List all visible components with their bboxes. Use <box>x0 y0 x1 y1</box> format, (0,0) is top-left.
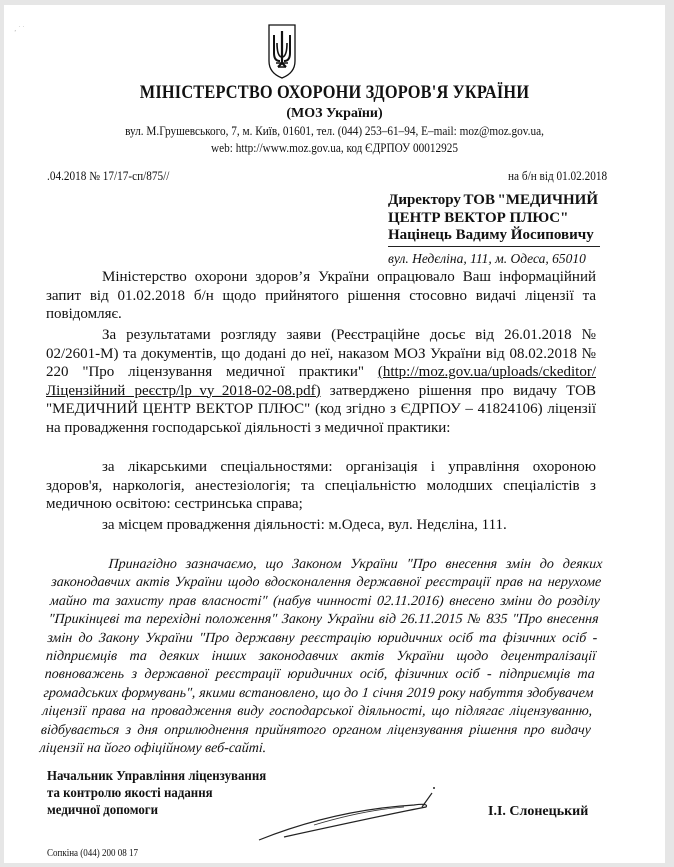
tryzub-coat-of-arms-icon <box>267 23 297 80</box>
signatory-title: Начальник Управління ліцензування та кон… <box>47 768 266 819</box>
ministry-name: МІНІСТЕРСТВО ОХОРОНИ ЗДОРОВ'Я УКРАЇНИ <box>50 82 618 104</box>
signatory-title-line: медичної допомоги <box>47 802 266 819</box>
scan-artifact: ‚ ˙ ˙ <box>14 25 25 33</box>
recipient-line1: Директору ТОВ "МЕДИЧНИЙ <box>388 192 598 210</box>
recipient-word: Директору <box>388 192 461 210</box>
paragraph-text: Міністерство охорони здоров’я України оп… <box>46 268 596 324</box>
ministry-web-and-code: web: http://www.moz.gov.ua, код ЄДРПОУ 0… <box>37 141 632 156</box>
letter-page: ‚ ˙ ˙ МІНІСТЕРСТВО ОХОРОНИ ЗДОРОВ'Я УКРА… <box>4 5 665 863</box>
paragraph-text: за місцем провадження діяльності: м.Одес… <box>46 516 596 535</box>
ministry-abbreviation: (МОЗ України) <box>4 106 665 122</box>
recipient-name: Націнець Вадиму Йосиповичу <box>388 227 600 247</box>
recipient-word: ТОВ <box>463 192 494 210</box>
recipient-block: Директору ТОВ "МЕДИЧНИЙ ЦЕНТР ВЕКТОР ПЛЮ… <box>388 192 598 267</box>
body-paragraph-5: Принагідно зазначаємо, що Законом Україн… <box>39 556 603 758</box>
ministry-address: вул. М.Грушевського, 7, м. Київ, 01601, … <box>37 124 632 139</box>
recipient-address: вул. Недєліна, 111, м. Одеса, 65010 <box>388 250 598 268</box>
body-paragraph-3: за лікарськими спеціальностями: організа… <box>46 458 596 514</box>
executor-contact: Сопкіна (044) 200 08 17 <box>47 848 138 859</box>
handwritten-signature-icon <box>254 785 454 845</box>
signatory-title-line: Начальник Управління ліцензування <box>47 768 266 785</box>
incoming-reference: на б/н від 01.02.2018 <box>508 169 607 184</box>
body-paragraph-1: Міністерство охорони здоров’я України оп… <box>46 268 596 324</box>
signatory-title-line: та контролю якості надання <box>47 785 266 802</box>
outgoing-reference: .04.2018 № 17/17-сп/875// <box>47 169 169 184</box>
recipient-line2: ЦЕНТР ВЕКТОР ПЛЮС" <box>388 210 598 228</box>
recipient-word: "МЕДИЧНИЙ <box>498 192 599 210</box>
body-paragraph-2: За результатами розгляду заяви (Реєстрац… <box>46 326 596 437</box>
paragraph-text: Принагідно зазначаємо, що Законом Україн… <box>39 556 603 758</box>
signer-name: І.І. Слонецький <box>488 804 588 820</box>
paragraph-text: за лікарськими спеціальностями: організа… <box>46 458 596 514</box>
body-paragraph-4: за місцем провадження діяльності: м.Одес… <box>46 516 596 535</box>
